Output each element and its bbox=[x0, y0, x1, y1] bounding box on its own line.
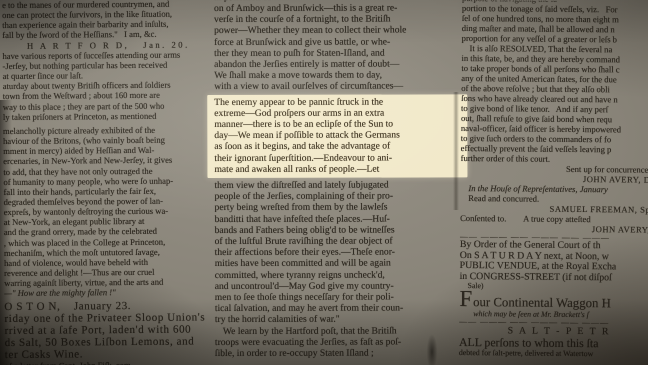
newspaper-column-right: purpoſe of navigating the laportion to t… bbox=[459, 0, 648, 360]
newspaper-column-left: e to the manes of our murdered countryme… bbox=[2, 0, 217, 365]
text-line: ds Salt, 50 Boxes Liſbon Lemons, and bbox=[5, 335, 217, 349]
text-line: rrived at a ſafe Port, laden'd with 600 bbox=[5, 323, 217, 337]
text-line: them view the diſtreſſed and lately ſubj… bbox=[214, 179, 457, 191]
highlighted-line: day—We mean if poſſible to attack the Ge… bbox=[214, 130, 463, 142]
text-line: ther they mean to puſh for Staten-Iſland… bbox=[214, 47, 457, 59]
text-line: bands and Fathers being oblig'd to be wi… bbox=[215, 224, 458, 236]
text-line: on of Amboy and Brunſwick—this is a grea… bbox=[214, 2, 457, 14]
highlighted-line: extreme—God proſpers our arms in an extr… bbox=[214, 107, 463, 119]
text-line: power—Whether they mean to collect their… bbox=[214, 25, 457, 37]
newspaper-column-middle: in poſſeſſion ofon of Amboy and Brunſwic… bbox=[214, 0, 458, 359]
text-line: abandon the Jerſies entirely is matter o… bbox=[214, 58, 457, 70]
text-line: banditti that have infeſted theſe places… bbox=[215, 213, 458, 225]
text-line: debted for ſalt-petre, delivered at Wate… bbox=[459, 349, 648, 359]
text-line: ſible, in order to re-occupy Staten Iſla… bbox=[215, 347, 458, 359]
text-line: of the luſtful Brute raviſhing the dear … bbox=[215, 235, 458, 247]
text-line: perty being wreſted from them by the law… bbox=[215, 202, 458, 214]
text-line: people of the Jerſies, complaining of th… bbox=[215, 191, 458, 203]
newspaper-photo: e to the manes of our murdered countryme… bbox=[0, 0, 648, 365]
text-line: of a letter from Capt. John Fiſk, com bbox=[5, 359, 217, 365]
text-line: Conſented to. A true copy atteſted bbox=[460, 213, 648, 225]
text-line: We learn by the Hartford poſt, that the … bbox=[215, 325, 458, 337]
text-line: committed, where tyranny reigns uncheck'… bbox=[215, 269, 458, 281]
text-line: mities have been committed and will be a… bbox=[215, 258, 458, 270]
text-line: in CONGRESS-STREET (if not diſpoſ bbox=[460, 272, 648, 284]
text-line: verſe in the courſe of a fortnight, to t… bbox=[214, 14, 457, 26]
text-line: and uncontroul'd—May God give my country… bbox=[215, 280, 458, 292]
text-line: troops were evacuating the Jerſies, as f… bbox=[215, 336, 458, 348]
highlighted-line: The enemy appear to be pannic ſtruck in … bbox=[214, 96, 463, 108]
highlighted-line: their ignorant ſuperſtition.—Endeavour t… bbox=[214, 152, 463, 164]
highlighted-line: manner—there is to be an eclipſe of the … bbox=[214, 118, 463, 130]
text-line: try the horrid calamities of war." bbox=[215, 314, 458, 326]
highlighted-passage: The enemy appear to be pannic ſtruck in … bbox=[207, 94, 467, 178]
text-line: force at Brunſwick and give us battle, o… bbox=[214, 36, 457, 48]
text-line: their affections before their eyes.—Theſ… bbox=[215, 247, 458, 259]
text-line: men to ſee thoſe things neceſſary for th… bbox=[215, 291, 458, 303]
highlighted-line: mate and awaken all ranks of people.—Let bbox=[214, 163, 463, 175]
text-line: with a view to avail ourſelves of circum… bbox=[214, 81, 457, 93]
highlighted-line: as ſoon as it begins, and take the advan… bbox=[214, 141, 463, 153]
text-line: riday one of the Privateer Sloop Union's bbox=[4, 311, 216, 325]
text-line: We ſhall make a move towards them to day… bbox=[214, 70, 457, 82]
text-line: H A R T F O R D, Jan. 20. bbox=[2, 39, 214, 51]
